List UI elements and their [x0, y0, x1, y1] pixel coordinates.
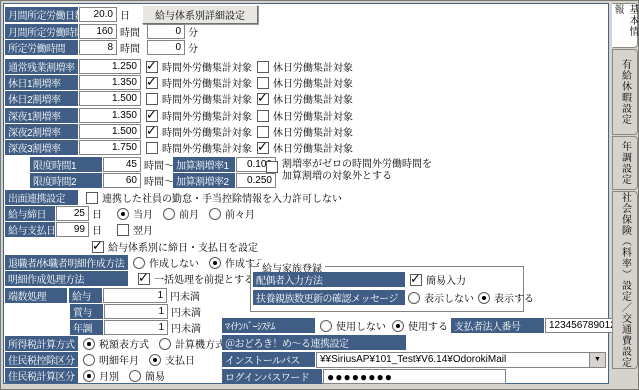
checkbox-holiday-aggregate[interactable]: 休日労働集計対象: [257, 108, 353, 123]
rate-input[interactable]: 1.750: [79, 140, 141, 155]
next-month-checkbox[interactable]: 翌月: [117, 222, 153, 237]
row-dependents-confirm-message: 扶養親族数更新の確認メッセージ 表示しない 表示する: [253, 290, 534, 305]
unit-label: 分: [185, 24, 201, 39]
checkbox-label: 時間外労働集計対象: [162, 75, 252, 90]
batch-processing-checkbox[interactable]: 一括処理を前提とする: [138, 271, 254, 286]
rate-input[interactable]: 1.500: [79, 124, 141, 139]
checkbox-icon: [257, 77, 269, 89]
row-midnight1-rate: 深夜1割増率 1.350 時間外労働集計対象 休日労働集計対象: [5, 108, 353, 123]
field-label: 出面連携設定: [5, 190, 78, 205]
radio-icon: [408, 292, 420, 304]
row-monthly-fixed-working-hours: 月間所定労働時間 160 時間 0 分: [5, 24, 201, 39]
checkbox-overtime-aggregate[interactable]: 時間外労働集計対象: [146, 91, 252, 106]
field-label: 休日1割増率: [5, 75, 78, 90]
checkbox-icon: [92, 241, 104, 253]
row-midnight3-rate: 深夜3割増率 1.750 時間外労働集計対象 休日労働集計対象: [5, 140, 353, 155]
family-registration-group: 給与家族登録 配偶者入力方法 簡易入力 扶養親族数更新の確認メッセージ 表示しな…: [250, 266, 524, 312]
radio-icon: [149, 354, 161, 366]
combobox-value: ¥¥SiriusAP¥101_Test¥V6.14¥OdorokiMail: [317, 354, 589, 365]
tab-basic-info[interactable]: 基本情報: [612, 3, 638, 48]
radio-icon: [133, 257, 145, 269]
odoroki-mail-header: ＠おどろき！め～る連携設定: [222, 335, 406, 350]
radio-show[interactable]: 表示する: [478, 290, 534, 305]
radio-hide[interactable]: 表示しない: [408, 290, 474, 305]
checkbox-label: 連携した社員の勤怠・手当控除情報を入力許可しない: [102, 190, 342, 205]
rate-input[interactable]: 1.350: [79, 108, 141, 123]
row-slip-processing-method: 明細作成処理方法 一括処理を前提とする: [5, 271, 254, 286]
checkbox-label: 時間外労働集計対象: [162, 91, 252, 106]
radio-label: 当月: [133, 206, 153, 221]
field-label: 給与支払日: [5, 222, 55, 237]
radio-label: 使用する: [408, 318, 448, 333]
checkbox-overtime-aggregate[interactable]: 時間外労働集計対象: [146, 124, 252, 139]
checkbox-icon: [266, 161, 278, 173]
field-label: 所定労働時間: [5, 40, 78, 55]
payroll-settings-window: 月間所定労働日数 20.0 日 給与体系別詳細設定 月間所定労働時間 160 時…: [0, 0, 639, 390]
radio-payment-day[interactable]: 支払日: [149, 352, 195, 367]
radio-icon: [117, 208, 129, 220]
radio-label: 作成しない: [149, 255, 199, 270]
payroll-system-detail-button[interactable]: 給与体系別詳細設定: [142, 5, 258, 24]
checkbox-label: 時間外労働集計対象: [162, 140, 252, 155]
radio-slip-yearmonth[interactable]: 明細年月: [83, 352, 139, 367]
login-password-input[interactable]: ●●●●●●●●: [323, 369, 506, 384]
checkbox-icon: [146, 61, 158, 73]
radio-label: 税額表方式: [99, 336, 149, 351]
checkbox-icon: [257, 61, 269, 73]
row-limit-hours-2: 限度時間2 60 時間～ 加算割増率2 0.250: [30, 173, 276, 188]
working-hours-input[interactable]: 8: [79, 40, 117, 55]
radio-label: 支払日: [165, 352, 195, 367]
row-monthly-fixed-working-days: 月間所定労働日数 20.0 日: [5, 7, 133, 22]
field-label: 扶養親族数更新の確認メッセージ: [253, 290, 405, 305]
checkbox-label: 休日労働集計対象: [273, 108, 353, 123]
checkbox-holiday-aggregate[interactable]: 休日労働集計対象: [257, 75, 353, 90]
checkbox-label: 簡易入力: [426, 272, 466, 287]
radio-label: 使用しない: [336, 318, 386, 333]
radio-use[interactable]: 使用する: [392, 318, 448, 333]
row-rounding-nencho: 年調 1 円未満: [70, 320, 204, 335]
checkbox-overtime-aggregate[interactable]: 時間外労働集計対象: [146, 59, 252, 74]
row-payroll-payment-day: 給与支払日 99 日 翌月: [5, 222, 153, 237]
field-label: 深夜3割増率: [5, 140, 78, 155]
radio-icon: [83, 370, 95, 382]
field-label: 月間所定労働時間: [5, 24, 78, 39]
row-retiree-slip-method: 退職者/休職者明細作成方法 作成しない 作成する: [5, 255, 265, 270]
sub-label: 給与: [69, 288, 102, 303]
unit-label: 円未満: [168, 304, 204, 319]
per-system-closing-checkbox[interactable]: 給与体系別に締日・支払日を設定: [92, 239, 258, 254]
unit-label: 円未満: [167, 288, 203, 303]
row-holiday2-rate: 休日2割増率 1.500 時間外労働集計対象 休日労働集計対象: [5, 91, 353, 106]
radio-label: 前々月: [225, 206, 255, 221]
radio-not-use[interactable]: 使用しない: [320, 318, 386, 333]
radio-calculator[interactable]: 計算機方式: [159, 336, 225, 351]
field-label: 限度時間2: [30, 173, 102, 188]
tab-social-insurance-commute-settings[interactable]: 社会保険（料率）設定／交通費設定: [612, 191, 638, 369]
row-rounding-salary: 端数処理 給与 1 円未満: [5, 288, 203, 303]
rate-input[interactable]: 1.350: [79, 75, 141, 90]
field-label: 所得税計算方式: [5, 336, 78, 351]
checkbox-holiday-aggregate[interactable]: 休日労働集計対象: [257, 124, 353, 139]
radio-closing-two-months-ago[interactable]: 前々月: [209, 206, 255, 221]
payment-day-input[interactable]: 99: [56, 222, 89, 237]
checkbox-label: 休日労働集計対象: [273, 124, 353, 139]
basic-info-panel: 月間所定労働日数 20.0 日 給与体系別詳細設定 月間所定労働時間 160 時…: [3, 3, 609, 384]
radio-label: 表示する: [494, 290, 534, 305]
radio-closing-prev-month[interactable]: 前月: [163, 206, 199, 221]
row-midnight2-rate: 深夜2割増率 1.500 時間外労働集計対象 休日労働集計対象: [5, 124, 353, 139]
working-minutes-input[interactable]: 0: [147, 40, 185, 55]
row-resident-tax-deduction: 住民税控除区分 明細年月 支払日: [5, 352, 195, 367]
row-install-path: インストールパス ¥¥SiriusAP¥101_Test¥V6.14¥Odoro…: [222, 352, 606, 367]
tab-paid-leave-settings[interactable]: 有給休暇設定: [612, 49, 638, 135]
checkbox-label: 給与体系別に締日・支払日を設定: [108, 239, 258, 254]
radio-label: 表示しない: [424, 290, 474, 305]
field-label: 深夜2割増率: [5, 124, 78, 139]
monthly-working-minutes-input[interactable]: 0: [147, 24, 185, 39]
checkbox-icon: [257, 126, 269, 138]
checkbox-label: 休日労働集計対象: [273, 75, 353, 90]
checkbox-label: 休日労働集計対象: [273, 59, 353, 74]
radio-label: 計算機方式: [175, 336, 225, 351]
checkbox-label: 時間外労働集計対象: [162, 59, 252, 74]
row-limit-hours-1: 限度時間1 45 時間～ 加算割増率1 0.100: [30, 157, 276, 172]
checkbox-icon: [146, 142, 158, 154]
row-income-tax-method: 所得税計算方式 税額表方式 計算機方式: [5, 336, 225, 351]
checkbox-icon: [410, 274, 422, 286]
checkbox-holiday-aggregate[interactable]: 休日労働集計対象: [257, 140, 353, 155]
checkbox-icon: [138, 273, 150, 285]
checkbox-overtime-aggregate[interactable]: 時間外労働集計対象: [146, 108, 252, 123]
field-label: 加算割増率1: [173, 157, 235, 172]
install-path-combobox[interactable]: ¥¥SiriusAP¥101_Test¥V6.14¥OdorokiMail ▼: [316, 352, 606, 368]
radio-tax-table[interactable]: 税額表方式: [83, 336, 149, 351]
field-label: 端数処理: [5, 288, 67, 303]
radio-closing-current-month[interactable]: 当月: [117, 206, 153, 221]
radio-monthly[interactable]: 月別: [83, 368, 119, 383]
unit-label: 日: [117, 7, 133, 22]
row-login-password: ログインパスワード ●●●●●●●●: [222, 369, 506, 384]
checkbox-label: 時間外労働集計対象: [162, 108, 252, 123]
checkbox-icon: [257, 142, 269, 154]
checkbox-icon: [117, 224, 129, 236]
radio-label: 前月: [179, 206, 199, 221]
radio-icon: [478, 292, 490, 304]
monthly-working-days-input[interactable]: 20.0: [79, 7, 117, 22]
monthly-working-hours-input[interactable]: 160: [79, 24, 117, 39]
checkbox-icon: [146, 93, 158, 105]
tab-nencho-settings[interactable]: 年調設定: [612, 136, 638, 190]
checkbox-label: 休日労働集計対象: [273, 91, 353, 106]
field-label: インストールパス: [222, 352, 315, 367]
section-header-label: ＠おどろき！め～る連携設定: [222, 335, 406, 350]
chevron-down-icon: ▼: [594, 356, 601, 363]
radio-label: 簡易: [145, 368, 165, 383]
radio-icon: [209, 208, 221, 220]
checkbox-holiday-aggregate[interactable]: 休日労働集計対象: [257, 59, 353, 74]
field-label: 加算割増率2: [173, 173, 235, 188]
field-label: 住民税控除区分: [5, 352, 78, 367]
checkbox-icon: [146, 77, 158, 89]
checkbox-icon: [86, 192, 98, 204]
rounding-salary-input[interactable]: 1: [103, 288, 167, 303]
unit-label: 時間～: [141, 173, 173, 188]
unit-label: 分: [185, 40, 201, 55]
field-label: 住民税計算区分: [5, 368, 78, 383]
radio-icon: [159, 338, 171, 350]
zero-rate-exclude-checkbox[interactable]: 割増率がゼロの時間外労働時間を加算割増の対象外とする: [266, 159, 432, 185]
unit-label: 時間～: [141, 157, 173, 172]
row-payroll-closing-day: 給与締日 25 日 当月 前月 前々月: [5, 206, 255, 221]
radio-label: 明細年月: [99, 352, 139, 367]
rounding-bonus-input[interactable]: 1: [104, 304, 168, 319]
checkbox-overtime-aggregate[interactable]: 時間外労働集計対象: [146, 140, 252, 155]
field-label: 月間所定労働日数: [5, 7, 78, 22]
field-label: 限度時間1: [30, 157, 102, 172]
simple-input-checkbox[interactable]: 簡易入力: [410, 272, 466, 287]
combo-dropdown-button[interactable]: ▼: [589, 353, 605, 367]
corporate-number-input[interactable]: 1234567890123: [545, 318, 619, 333]
row-mynumber-system: ﾏｲﾅﾝﾊﾞｰｼｽﾃﾑ 使用しない 使用する 支払者法人番号 123456789…: [222, 318, 619, 333]
field-label: 支払者法人番号: [451, 318, 544, 333]
limit-hours-input[interactable]: 60: [103, 173, 141, 188]
checkbox-icon: [257, 93, 269, 105]
limit-hours-input[interactable]: 45: [103, 157, 141, 172]
radio-label: 月別: [99, 368, 119, 383]
checkbox-label: 休日労働集計対象: [273, 140, 353, 155]
closing-day-input[interactable]: 25: [56, 206, 89, 221]
rate-input[interactable]: 1.250: [79, 59, 141, 74]
checkbox-label: 割増率がゼロの時間外労働時間を加算割増の対象外とする: [282, 159, 432, 183]
field-label: 退職者/休職者明細作成方法: [5, 255, 128, 270]
checkbox-overtime-aggregate[interactable]: 時間外労働集計対象: [146, 75, 252, 90]
row-demen-link-setting: 出面連携設定 連携した社員の勤怠・手当控除情報を入力許可しない: [5, 190, 342, 205]
field-label: 明細作成処理方法: [5, 271, 128, 286]
sub-label: 賞与: [70, 304, 103, 319]
checkbox-label: 時間外労働集計対象: [162, 124, 252, 139]
rate-input[interactable]: 1.500: [79, 91, 141, 106]
radio-icon: [129, 370, 141, 382]
row-fixed-working-hours: 所定労働時間 8 時間 0 分: [5, 40, 201, 55]
row-overtime-rate-normal: 通常残業割増率 1.250 時間外労働集計対象 休日労働集計対象: [5, 59, 353, 74]
row-holiday1-rate: 休日1割増率 1.350 時間外労働集計対象 休日労働集計対象: [5, 75, 353, 90]
row-spouse-input-method: 配偶者入力方法 簡易入力: [253, 272, 466, 287]
radio-icon: [163, 208, 175, 220]
field-label: 深夜1割増率: [5, 108, 78, 123]
field-label: 配偶者入力方法: [253, 272, 405, 287]
row-resident-tax-calc: 住民税計算区分 月別 簡易: [5, 368, 165, 383]
field-label: ﾏｲﾅﾝﾊﾞｰｼｽﾃﾑ: [222, 318, 315, 333]
row-rounding-bonus: 賞与 1 円未満: [70, 304, 204, 319]
checkbox-icon: [257, 110, 269, 122]
checkbox-icon: [146, 126, 158, 138]
radio-icon: [83, 354, 95, 366]
unit-label: 時間: [117, 40, 143, 55]
radio-icon: [392, 320, 404, 332]
unit-label: 円未満: [168, 320, 204, 335]
radio-icon: [320, 320, 332, 332]
field-label: 休日2割増率: [5, 91, 78, 106]
field-label: 通常残業割増率: [5, 59, 78, 74]
radio-icon: [209, 257, 221, 269]
unit-label: 日: [89, 222, 105, 237]
checkbox-label: 翌月: [133, 222, 153, 237]
rounding-nencho-input[interactable]: 1: [104, 320, 168, 335]
field-label: 給与締日: [5, 206, 55, 221]
radio-no-create[interactable]: 作成しない: [133, 255, 199, 270]
radio-icon: [83, 338, 95, 350]
checkbox-icon: [146, 110, 158, 122]
field-label: ログインパスワード: [222, 369, 322, 384]
demen-link-checkbox[interactable]: 連携した社員の勤怠・手当控除情報を入力許可しない: [86, 190, 342, 205]
unit-label: 時間: [117, 24, 143, 39]
checkbox-holiday-aggregate[interactable]: 休日労働集計対象: [257, 91, 353, 106]
sub-label: 年調: [70, 320, 103, 335]
checkbox-label: 一括処理を前提とする: [154, 271, 254, 286]
radio-simple[interactable]: 簡易: [129, 368, 165, 383]
unit-label: 日: [89, 206, 105, 221]
